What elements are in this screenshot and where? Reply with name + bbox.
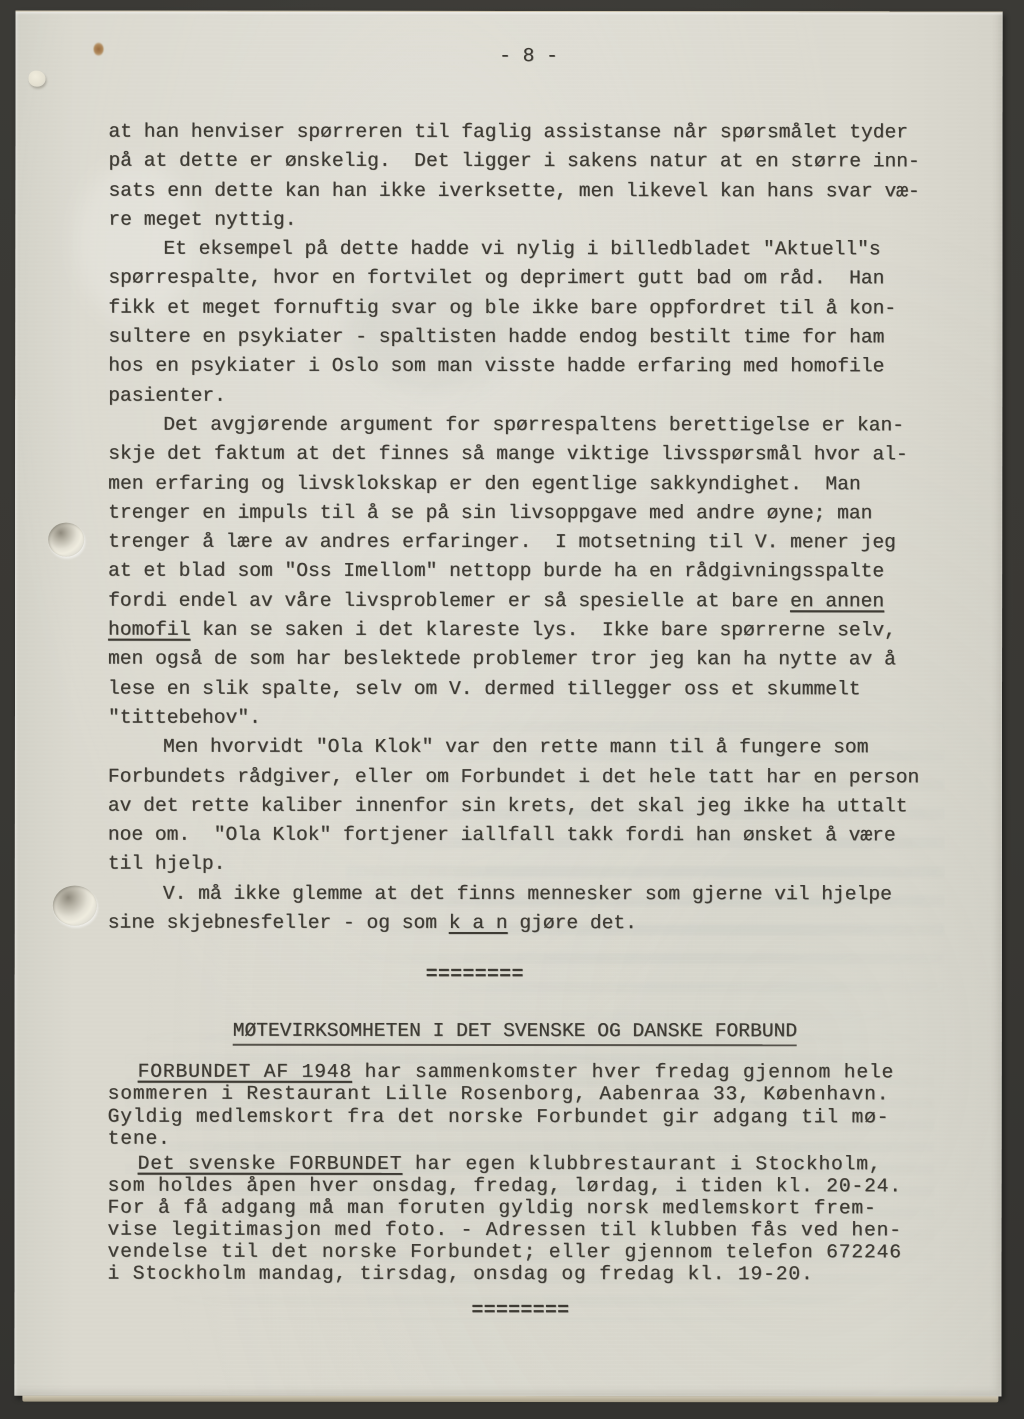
- text-segment: Gyldig medlemskort fra det norske Forbun…: [108, 1105, 890, 1128]
- text-segment: For å få adgang må man foruten gyldig no…: [108, 1197, 877, 1220]
- text-segment: til hjelp.: [108, 853, 226, 875]
- text-segment: men erfaring og livsklokskap er den egen…: [108, 472, 861, 495]
- text-segment: men også de som har beslektede problemer…: [108, 648, 896, 671]
- text-line: Gyldig medlemskort fra det norske Forbun…: [108, 1105, 974, 1128]
- text-segment: vendelse til det norske Forbundet; eller…: [108, 1241, 902, 1264]
- text-line: fikk et meget fornuftig svar og ble ikke…: [108, 293, 974, 323]
- underlined-text: en annen: [790, 590, 884, 612]
- paper-chip: [29, 71, 46, 87]
- document-page: - 8 - at han henviser spørreren til fagl…: [14, 11, 1002, 1397]
- text-segment: på at dette er ønskelig. Det ligger i sa…: [108, 150, 919, 173]
- text-segment: fikk et meget fornuftig svar og ble ikke…: [108, 296, 896, 319]
- text-line: trenger en impuls til å se på sin livsop…: [108, 499, 974, 529]
- text-block: FORBUNDET AF 1948 har sammenkomster hver…: [108, 1061, 974, 1150]
- text-line: at et blad som "Oss Imellom" nettopp bur…: [108, 557, 974, 587]
- text-line: skje det faktum at det finnes så mange v…: [108, 440, 974, 470]
- text-block: at han henviser spørreren til faglig ass…: [108, 118, 975, 939]
- text-segment: kan se saken i det klareste lys. Ikke ba…: [190, 619, 896, 642]
- text-line: fordi endel av våre livsproblemer er så …: [108, 586, 974, 616]
- text-line: For å få adgang må man foruten gyldig no…: [108, 1197, 974, 1220]
- text-segment: noe om. "Ola Klok" fortjener iallfall ta…: [108, 824, 896, 847]
- text-segment: skje det faktum at det finnes så mange v…: [108, 443, 908, 466]
- text-line: pasienter.: [108, 381, 974, 411]
- text-segment: at et blad som "Oss Imellom" nettopp bur…: [108, 560, 884, 583]
- text-segment: lese en slik spalte, selv om V. dermed t…: [108, 677, 861, 700]
- text-segment: sommeren i Restaurant Lille Rosenborg, A…: [108, 1083, 890, 1106]
- text-segment: sats enn dette kan han ikke iverksette, …: [108, 179, 919, 202]
- text-line: lese en slik spalte, selv om V. dermed t…: [108, 674, 974, 704]
- text-line: til hjelp.: [108, 850, 974, 880]
- text-line: "tittebehov".: [108, 704, 974, 734]
- heading-text: MØTEVIRKSOMHETEN I DET SVENSKE OG DANSKE…: [233, 1020, 797, 1046]
- text-segment: av det rette kaliber innenfor sin krets,…: [108, 794, 908, 817]
- text-line: spørrespalte, hvor en fortvilet og depri…: [108, 264, 974, 294]
- text-segment: tene.: [108, 1127, 171, 1149]
- text-segment: i Stockholm mandag, tirsdag, onsdag og f…: [107, 1263, 813, 1286]
- rust-stain: [94, 43, 104, 56]
- underlined-text: Det svenske FORBUNDET: [138, 1152, 403, 1174]
- text-line: av det rette kaliber innenfor sin krets,…: [108, 791, 974, 821]
- text-segment: har sammenkomster hver fredag gjennom he…: [352, 1061, 894, 1083]
- text-line: vise legitimasjon med foto. - Adressen t…: [108, 1219, 974, 1242]
- text-segment: sultere en psykiater - spaltisten hadde …: [108, 326, 884, 349]
- text-segment: gjøre det.: [508, 912, 637, 934]
- text-line: vendelse til det norske Forbundet; eller…: [108, 1241, 974, 1264]
- text-segment: "tittebehov".: [108, 707, 261, 729]
- text-segment: V. må ikke glemme at det finns mennesker…: [163, 882, 892, 905]
- underlined-text: k a n: [449, 912, 508, 934]
- text-segment: sine skjebnesfeller - og som: [108, 912, 449, 934]
- text-line: trenger å lære av andres erfaringer. I m…: [108, 528, 974, 558]
- text-line: re meget nyttig.: [108, 206, 974, 236]
- separator-text: ========: [471, 1299, 569, 1321]
- text-line: homofil kan se saken i det klareste lys.…: [108, 616, 974, 646]
- text-line: noe om. "Ola Klok" fortjener iallfall ta…: [108, 821, 974, 851]
- scan-background: { "meta": { "paper_color": "#d9d7cd", "i…: [0, 0, 1024, 1419]
- section-heading: MØTEVIRKSOMHETEN I DET SVENSKE OG DANSKE…: [233, 1020, 797, 1046]
- text-line: tene.: [108, 1127, 974, 1150]
- text-line: hos en psykiater i Oslo som man visste h…: [108, 352, 974, 382]
- text-segment: som holdes åpen hver onsdag, fredag, lør…: [108, 1174, 902, 1197]
- page-number: - 8 -: [109, 45, 949, 68]
- text-block: Det svenske FORBUNDET har egen klubbrest…: [107, 1152, 973, 1285]
- text-line: sultere en psykiater - spaltisten hadde …: [108, 323, 974, 353]
- text-segment: Men hvorvidt "Ola Klok" var den rette ma…: [163, 736, 869, 759]
- text-segment: Det avgjørende argument for spørrespalte…: [163, 414, 904, 437]
- text-segment: spørrespalte, hvor en fortvilet og depri…: [108, 267, 884, 290]
- text-line: Det svenske FORBUNDET har egen klubbrest…: [108, 1152, 974, 1175]
- section-separator: ========: [471, 1299, 569, 1321]
- text-segment: Forbundets rådgiver, eller om Forbundet …: [108, 765, 919, 788]
- text-line: Det avgjørende argument for spørrespalte…: [108, 411, 974, 441]
- text-segment: Et eksempel på dette hadde vi nylig i bi…: [163, 238, 880, 261]
- text-segment: pasienter.: [108, 384, 226, 406]
- text-segment: hos en psykiater i Oslo som man visste h…: [108, 355, 884, 378]
- text-line: at han henviser spørreren til faglig ass…: [108, 118, 974, 148]
- text-line: Et eksempel på dette hadde vi nylig i bi…: [108, 235, 974, 265]
- text-line: Men hvorvidt "Ola Klok" var den rette ma…: [108, 733, 974, 763]
- text-line: i Stockholm mandag, tirsdag, onsdag og f…: [107, 1263, 973, 1286]
- text-line: sommeren i Restaurant Lille Rosenborg, A…: [108, 1083, 974, 1106]
- text-line: V. må ikke glemme at det finns mennesker…: [108, 879, 974, 909]
- underlined-text: homofil: [108, 619, 190, 641]
- page-body: at han henviser spørreren til faglig ass…: [107, 118, 974, 1322]
- punch-hole-top: [48, 523, 84, 557]
- text-segment: vise legitimasjon med foto. - Adressen t…: [108, 1219, 902, 1242]
- text-line: som holdes åpen hver onsdag, fredag, lør…: [108, 1174, 974, 1197]
- text-segment: fordi endel av våre livsproblemer er så …: [108, 589, 790, 612]
- text-line: på at dette er ønskelig. Det ligger i sa…: [108, 147, 974, 177]
- text-segment: har egen klubbrestaurant i Stockholm,: [402, 1153, 881, 1175]
- text-line: men også de som har beslektede problemer…: [108, 645, 974, 675]
- text-segment: trenger en impuls til å se på sin livsop…: [108, 502, 872, 525]
- text-line: FORBUNDET AF 1948 har sammenkomster hver…: [108, 1061, 974, 1084]
- text-line: sats enn dette kan han ikke iverksette, …: [108, 176, 974, 206]
- section-separator: ========: [426, 963, 524, 985]
- text-segment: at han henviser spørreren til faglig ass…: [108, 121, 908, 144]
- separator-text: ========: [426, 963, 524, 985]
- punch-hole-bottom: [53, 886, 97, 926]
- text-line: Forbundets rådgiver, eller om Forbundet …: [108, 762, 974, 792]
- underlined-text: FORBUNDET AF 1948: [138, 1061, 352, 1083]
- text-segment: re meget nyttig.: [108, 209, 296, 231]
- text-segment: trenger å lære av andres erfaringer. I m…: [108, 531, 896, 554]
- text-line: men erfaring og livsklokskap er den egen…: [108, 469, 974, 499]
- text-line: sine skjebnesfeller - og som k a n gjøre…: [108, 909, 974, 939]
